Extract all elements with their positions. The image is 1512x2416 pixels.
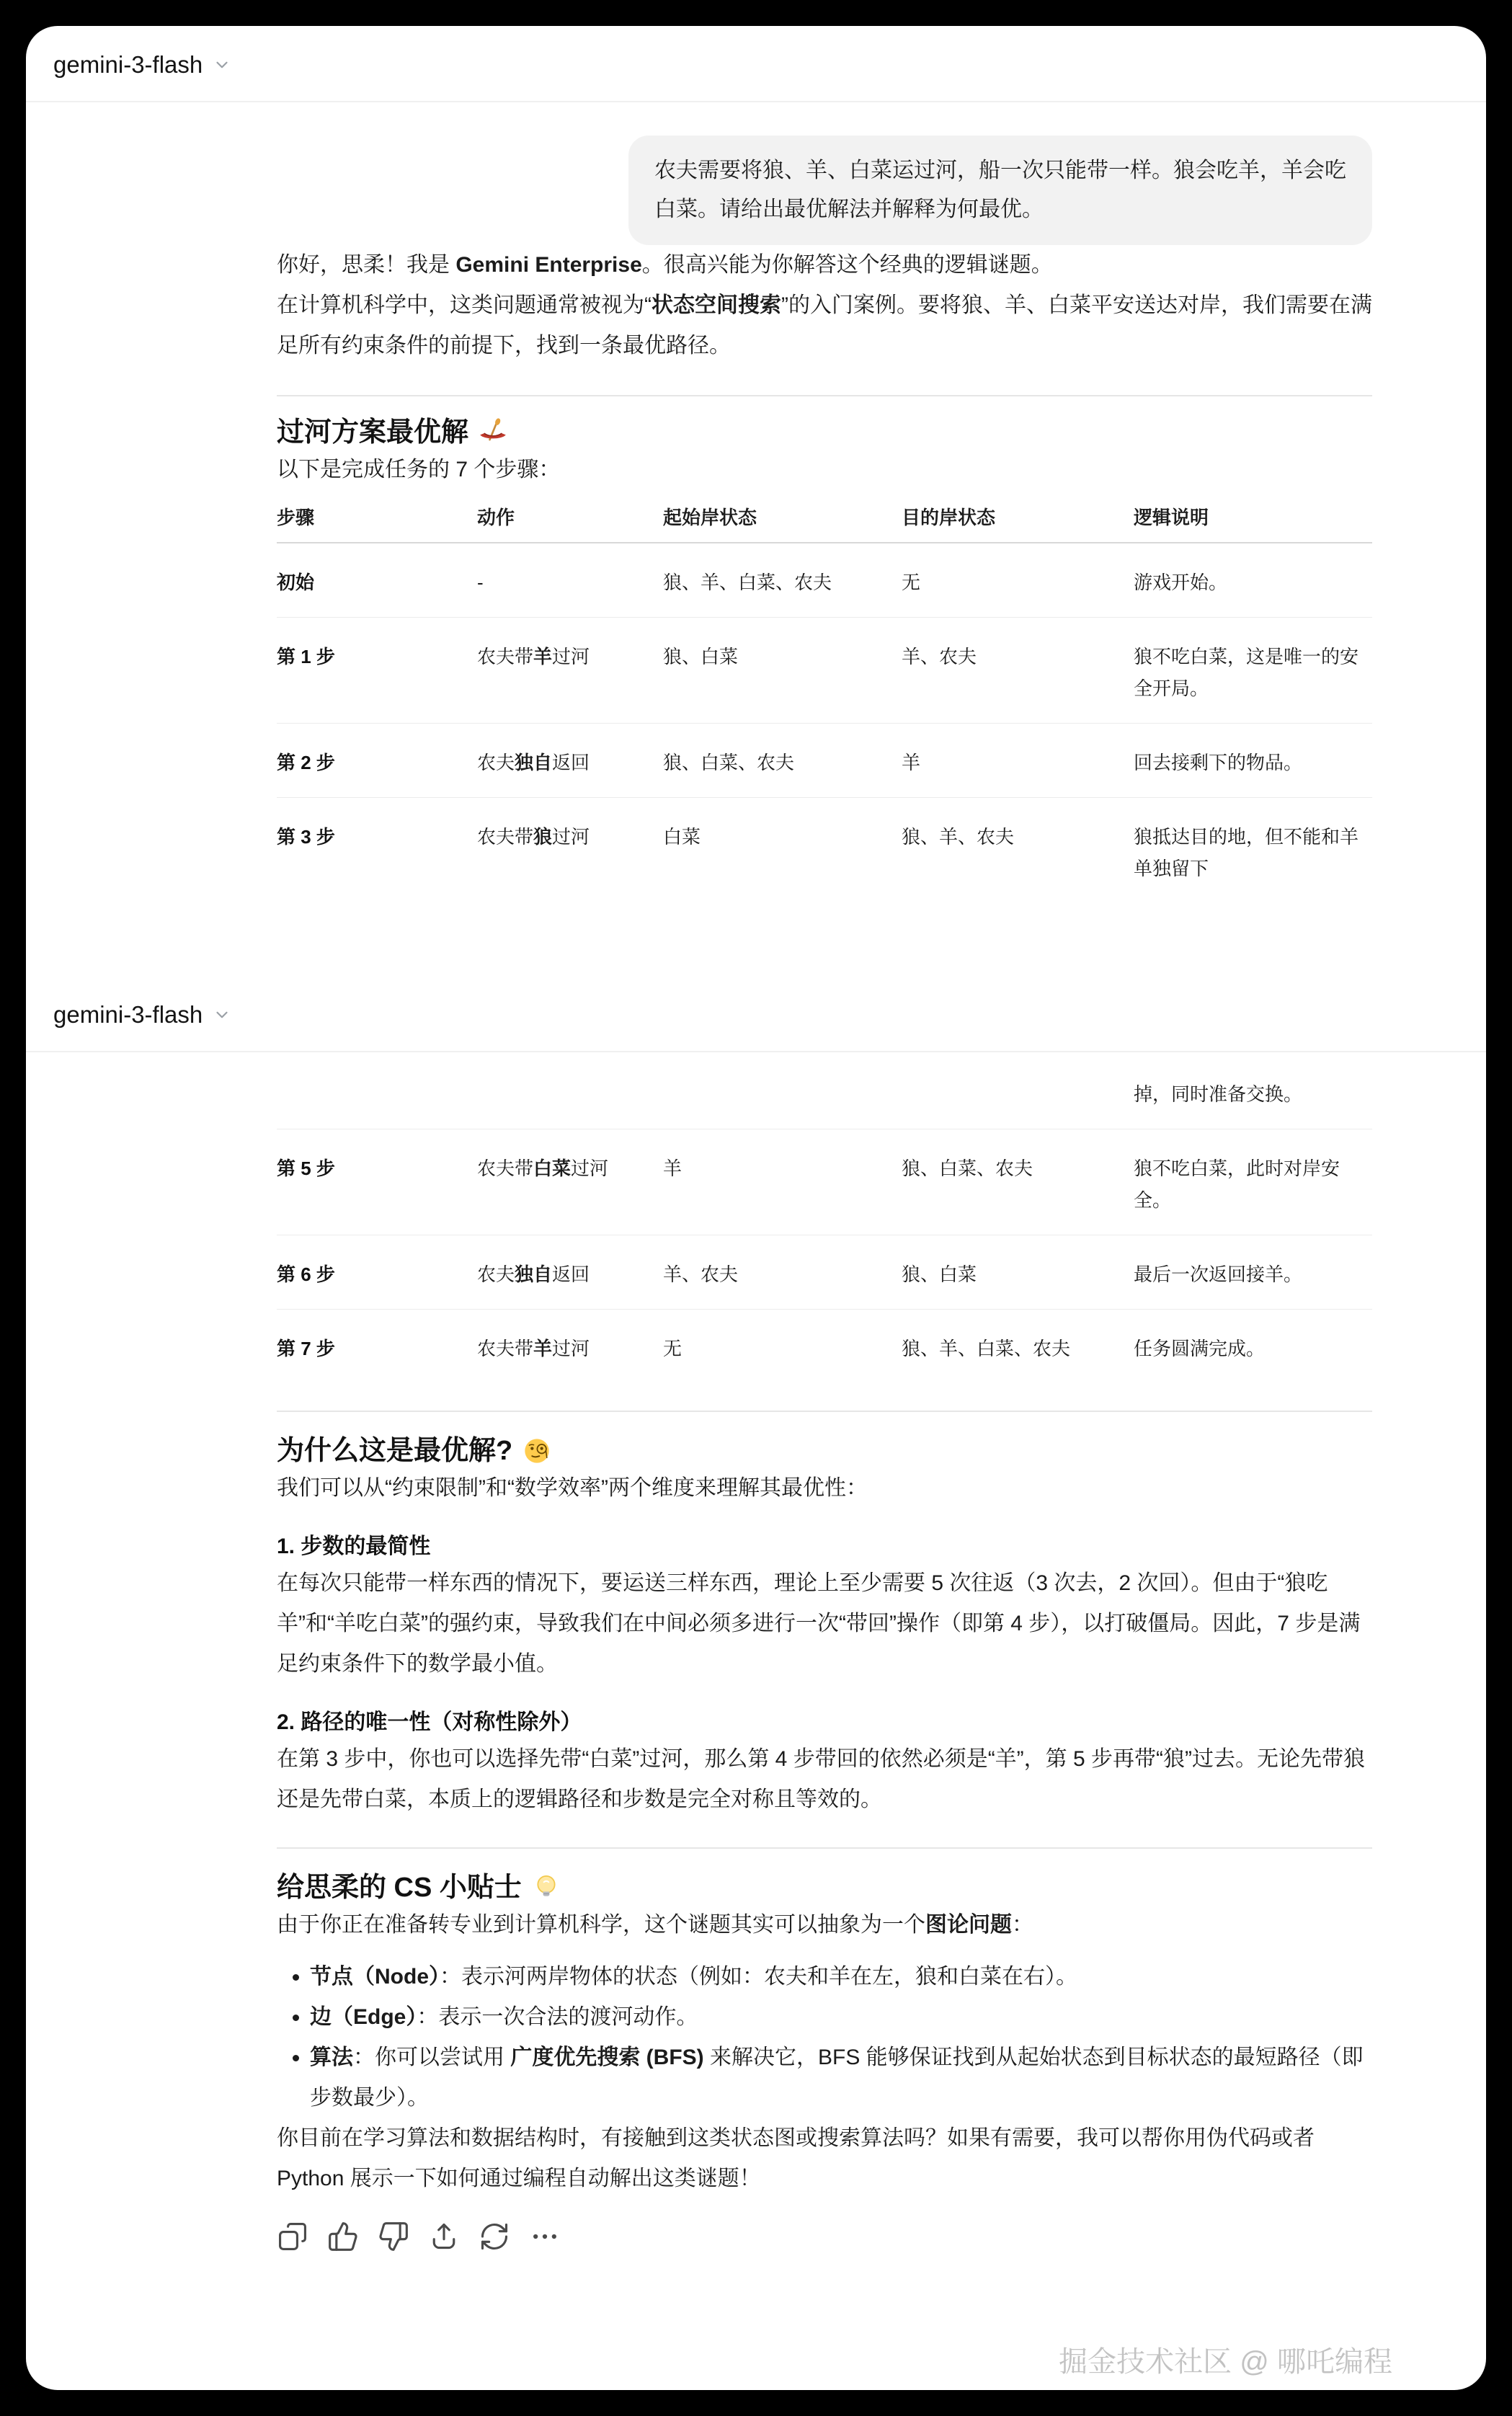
steps-table-continued: 掉，同时准备交换。 第 5 步 农夫带白菜过河 羊 狼、白菜、农夫 狼不吃白菜，…	[277, 1052, 1372, 1386]
section-title-tips: 给思柔的 CS 小贴士	[277, 1870, 1372, 1905]
table-header-row: 步骤 动作 起始岸状态 目的岸状态 逻辑说明	[277, 503, 1372, 543]
section-divider	[277, 1847, 1372, 1849]
table-row: 第 5 步 农夫带白菜过河 羊 狼、白菜、农夫 狼不吃白菜，此时对岸安全。	[277, 1129, 1372, 1235]
chat-window: gemini-3-flash 农夫需要将狼、羊、白菜运过河，船一次只能带一样。狼…	[26, 26, 1486, 2390]
list-item: 算法：你可以尝试用 广度优先搜索 (BFS) 来解决它，BFS 能够保证找到从起…	[310, 2038, 1372, 2118]
table-row: 第 2 步 农夫独自返回 狼、白菜、农夫 羊 回去接剩下的物品。	[277, 724, 1372, 798]
copy-button[interactable]	[277, 2221, 308, 2252]
light-bulb-emoji-icon	[532, 1873, 561, 1902]
why-sub2-title: 2. 路径的唯一性（对称性除外）	[277, 1706, 1372, 1739]
steps-table: 步骤 动作 起始岸状态 目的岸状态 逻辑说明 初始 - 狼、羊、白菜、农夫 无 …	[277, 503, 1372, 903]
monocle-face-emoji-icon	[522, 1436, 551, 1465]
chat-screen-part-1: gemini-3-flash 农夫需要将狼、羊、白菜运过河，船一次只能带一样。狼…	[26, 26, 1486, 976]
user-message-bubble: 农夫需要将狼、羊、白菜运过河，船一次只能带一样。狼会吃羊，羊会吃白菜。请给出最优…	[628, 136, 1372, 245]
steps-intro: 以下是完成任务的 7 个步骤：	[277, 450, 1372, 490]
watermark: 掘金技术社区 @ 哪吒编程	[1059, 2339, 1392, 2380]
message-actions	[277, 2221, 1372, 2252]
share-button[interactable]	[428, 2221, 460, 2252]
table-row: 第 6 步 农夫独自返回 羊、农夫 狼、白菜 最后一次返回接羊。	[277, 1235, 1372, 1310]
model-selector[interactable]: gemini-3-flash	[26, 976, 1486, 1052]
regenerate-button[interactable]	[479, 2221, 510, 2252]
why-sub2-body: 在第 3 步中，你也可以选择先带“白菜”过河，那么第 4 步带回的依然必须是“羊…	[277, 1739, 1372, 1820]
table-row: 第 7 步 农夫带羊过河 无 狼、羊、白菜、农夫 任务圆满完成。	[277, 1310, 1372, 1386]
chat-screen-part-2: gemini-3-flash 掉，同时准备交换。 第 5 步 农夫带白菜过河 羊	[26, 976, 1486, 2252]
model-name[interactable]: gemini-3-flash	[53, 50, 203, 79]
table-row: 第 3 步 农夫带狼过河 白菜 狼、羊、农夫 狼抵达目的地，但不能和羊单独留下	[277, 798, 1372, 903]
col-header-logic: 逻辑说明	[1134, 503, 1372, 532]
tips-intro: 由于你正在准备转专业到计算机科学，这个谜题其实可以抽象为一个图论问题：	[277, 1905, 1372, 1945]
copy-icon	[277, 2221, 308, 2252]
section-title-plan: 过河方案最优解	[277, 415, 1372, 450]
ellipsis-icon	[529, 2221, 561, 2252]
closing-question: 你目前在学习算法和数据结构时，有接触到这类状态图或搜索算法吗？如果有需要，我可以…	[277, 2118, 1372, 2199]
section-title-why: 为什么这是最优解?	[277, 1434, 1372, 1468]
thumbs-up-icon	[327, 2221, 359, 2252]
user-message-row: 农夫需要将狼、羊、白菜运过河，船一次只能带一样。狼会吃羊，羊会吃白菜。请给出最优…	[277, 136, 1372, 245]
assistant-intro: 在计算机科学中，这类问题通常被视为“状态空间搜索”的入门案例。要将狼、羊、白菜平…	[277, 285, 1372, 366]
thumbs-up-button[interactable]	[327, 2221, 359, 2252]
col-header-start-bank: 起始岸状态	[663, 503, 902, 532]
table-row: 掉，同时准备交换。	[277, 1052, 1372, 1129]
col-header-step: 步骤	[277, 503, 477, 532]
model-name[interactable]: gemini-3-flash	[53, 1000, 203, 1029]
why-intro: 我们可以从“约束限制”和“数学效率”两个维度来理解其最优性：	[277, 1468, 1372, 1509]
list-item: 节点（Node）：表示河两岸物体的状态（例如：农夫和羊在左，狼和白菜在右）。	[310, 1957, 1372, 1997]
col-header-action: 动作	[477, 503, 663, 532]
assistant-greeting: 你好，思柔！我是 Gemini Enterprise。很高兴能为你解答这个经典的…	[277, 245, 1372, 285]
tips-list: 节点（Node）：表示河两岸物体的状态（例如：农夫和羊在左，狼和白菜在右）。 边…	[277, 1957, 1372, 2118]
why-sub1-body: 在每次只能带一样东西的情况下，要运送三样东西，理论上至少需要 5 次往返（3 次…	[277, 1563, 1372, 1684]
thumbs-down-icon	[378, 2221, 409, 2252]
why-sub1-title: 1. 步数的最简性	[277, 1530, 1372, 1563]
model-selector[interactable]: gemini-3-flash	[26, 26, 1486, 102]
section-divider	[277, 395, 1372, 396]
chevron-down-icon	[213, 55, 231, 74]
more-options-button[interactable]	[529, 2221, 561, 2252]
regenerate-icon	[479, 2221, 510, 2252]
canoe-emoji-icon	[479, 418, 507, 447]
col-header-dest-bank: 目的岸状态	[902, 503, 1134, 532]
list-item: 边（Edge）：表示一次合法的渡河动作。	[310, 1997, 1372, 2038]
table-row: 第 1 步 农夫带羊过河 狼、白菜 羊、农夫 狼不吃白菜，这是唯一的安全开局。	[277, 618, 1372, 724]
chevron-down-icon	[213, 1005, 231, 1024]
thumbs-down-button[interactable]	[378, 2221, 409, 2252]
share-icon	[428, 2221, 460, 2252]
section-divider	[277, 1411, 1372, 1412]
table-row: 初始 - 狼、羊、白菜、农夫 无 游戏开始。	[277, 543, 1372, 618]
